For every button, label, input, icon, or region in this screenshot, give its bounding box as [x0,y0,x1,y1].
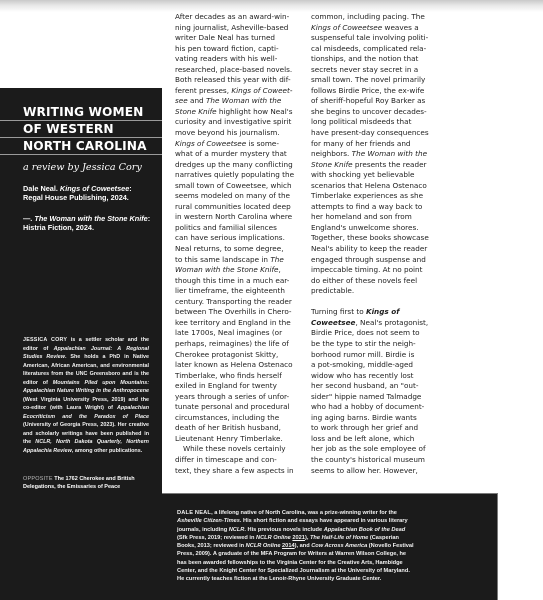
text-line: sider" hippie named Talmadge [311,392,443,403]
text-line: to work through her grief and [311,423,443,434]
text-line: impeccable timing. At no point [311,265,443,276]
text-line: though this time in a much ear- [175,276,305,287]
text-line: move beyond his journalism. [175,128,305,139]
text-line: for many of her friends and [311,139,443,150]
paragraph-gap [311,297,443,308]
text-line: suspenseful tale involving politi- [311,33,443,44]
text-line: what of a murder mystery that [175,149,305,160]
text-line: long political misdeeds that [311,117,443,128]
book-citation-1: Dale Neal. Kings of Coweetsee: Regal Hou… [23,184,153,202]
reviewer-name: JESSICA CORY [23,337,67,343]
text-line: Neal's ability to keep the reader [311,244,443,255]
text-line: neighbors. The Woman with the [311,149,443,160]
text-line: her second husband, an "out- [311,381,443,392]
text-line: tionships, and the notion that [311,54,443,65]
text-line: Timberlake experiences as she [311,191,443,202]
text-line: exiled in England for twenty [175,381,305,392]
text-line: do either of these novels feel [311,276,443,287]
bio-line: DALE NEAL, a lifelong native of North Ca… [177,509,483,517]
text-line: secrets never stay secret in a [311,65,443,76]
text-line: between The Overhills in Chero- [175,307,305,318]
text-line: seems to allow her. However, [311,466,443,477]
text-line: seems modeled on many of the [175,191,305,202]
text-line: widow who has recently lost [311,371,443,382]
text-line: perhaps, reimagines) the life of [175,339,305,350]
text-line: lier timeframe, the eighteenth [175,286,305,297]
text-line: later known as Helena Ostenaco [175,360,305,371]
bio-line: journals, including NCLR. His previous n… [177,526,483,534]
review-title: WRITING WOMEN OF WESTERN NORTH CAROLINA [0,104,162,155]
book-title: Kings of Coweetsee [60,184,129,193]
text-line: engaged through suspense and [311,255,443,266]
text-line: cal misdeeds, complicated rela- [311,44,443,55]
bio-line: He currently teaches fiction at the Leno… [177,575,483,583]
caption-label: OPPOSITE [23,476,53,482]
text-line: late 1700s, Neal imagines (or [175,328,305,339]
text-line: researched, place-based novels. [175,65,305,76]
text-line: have present-day consequences [311,128,443,139]
text-line: politics and familial silences [175,223,305,234]
text-line: vating readers with his well- [175,54,305,65]
author-bio-box: DALE NEAL, a lifelong native of North Ca… [162,493,498,600]
text-line: who had a hobby of document- [311,402,443,413]
author-bio-text: DALE NEAL, a lifelong native of North Ca… [177,509,483,584]
article-column-2: common, including pacing. TheKings of Co… [311,12,443,476]
text-line: tunate personal and procedural [175,402,305,413]
text-line: Lieutenant Henry Timberlake. [175,434,305,445]
bio-line: (Sfk Press, 2019; reviewed in NCLR Onlin… [177,534,483,542]
reviewer-bio-text: is a settler scholar and the editor of A… [23,337,149,454]
text-line: follows Birdie Price, the ex-wife [311,86,443,97]
text-line: loss and be left alone, which [311,434,443,445]
text-line: ing aging barns. Birdie wants [311,413,443,424]
text-line: small town of Coweetsee, which [175,181,305,192]
text-line: ferent presses, Kings of Coweet- [175,86,305,97]
text-line: with shocking yet believable [311,170,443,181]
text-line: While these novels certainly [175,444,305,455]
bio-line: has been awarded fellowships to the Virg… [177,559,483,567]
text-line: her job as the sole employee of [311,444,443,455]
text-line: his pen toward fiction, capti- [175,44,305,55]
title-line-3: NORTH CAROLINA [0,138,162,155]
text-line: a pot-smoking, middle-aged [311,360,443,371]
text-line: Coweetsee, Neal's protagonist, [311,318,443,329]
text-line: circumstances, including the [175,413,305,424]
text-line: scenarios that Helena Ostenaco [311,181,443,192]
text-line: she begins to uncover decades- [311,107,443,118]
text-line: Timberlake, who finds herself [175,371,305,382]
text-line: death of her British husband, [175,423,305,434]
title-line-2: OF WESTERN [0,121,162,138]
article-column-1: After decades as an award-win-ning journ… [175,12,305,476]
text-line: After decades as an award-win- [175,12,305,23]
text-line: attempts to find a way back to [311,202,443,213]
text-line: the county's historical museum [311,455,443,466]
text-line: Kings of Coweetsee weaves a [311,23,443,34]
text-line: to this same landscape in The [175,255,305,266]
text-line: see and The Woman with the [175,96,305,107]
text-line: her homeland and son from [311,212,443,223]
text-line: Both released this year with dif- [175,75,305,86]
text-line: ning journalist, Asheville-based [175,23,305,34]
bio-line: Press, 2009). A graduate of the MFA Prog… [177,550,483,558]
text-line: predictable. [311,286,443,297]
title-panel: WRITING WOMEN OF WESTERN NORTH CAROLINA … [0,88,162,600]
text-line: century. Transporting the reader [175,297,305,308]
review-byline: a review by Jessica Cory [23,162,142,173]
text-line: text, they share a few aspects in [175,466,305,477]
text-line: borhood rumor mill. Birdie is [311,350,443,361]
title-line-1: WRITING WOMEN [0,104,162,121]
text-line: in western North Carolina where [175,212,305,223]
text-line: of sheriff-hopeful Roy Barker as [311,96,443,107]
bio-line: Books, 2013; reviewed in NCLR Online 201… [177,542,483,550]
text-line: narratives quietly populating the [175,170,305,181]
text-line: dredges up the many conflicting [175,160,305,171]
text-line: curiosity and investigative spirit [175,117,305,128]
text-line: Turning first to Kings of [311,307,443,318]
text-line: can have serious implications. [175,233,305,244]
text-line: Neal returns, to some degree, [175,244,305,255]
text-line: Kings of Coweetsee is some- [175,139,305,150]
page-top-shadow [0,0,543,12]
text-line: be the type to stir the neigh- [311,339,443,350]
text-line: years through a series of unfor- [175,392,305,403]
bio-line: Asheville Citizen-Times. His short ficti… [177,517,483,525]
text-line: kee territory and England in the [175,318,305,329]
text-line: Woman with the Stone Knife, [175,265,305,276]
reviewer-bio: JESSICA CORY is a settler scholar and th… [23,336,149,455]
bio-line: Center, and the Knight Center for Specia… [177,567,483,575]
text-line: Stone Knife presents the reader [311,160,443,171]
book-title: The Woman with the Stone Knife [34,214,147,223]
book-citation-2: —. The Woman with the Stone Knife: Histr… [23,214,153,232]
text-line: Birdie Price, does not seem to [311,328,443,339]
text-line: England's unwelcome shores. [311,223,443,234]
image-caption: OPPOSITE The 1762 Cherokee and British D… [23,475,153,491]
text-line: differ in timescape and con- [175,455,305,466]
text-line: Stone Knife highlight how Neal's [175,107,305,118]
text-line: writer Dale Neal has turned [175,33,305,44]
text-line: Cherokee protagonist Skitty, [175,350,305,361]
text-line: small town. The novel primarily [311,75,443,86]
text-line: rural communities located deep [175,202,305,213]
text-line: Together, these books showcase [311,233,443,244]
text-line: common, including pacing. The [311,12,443,23]
